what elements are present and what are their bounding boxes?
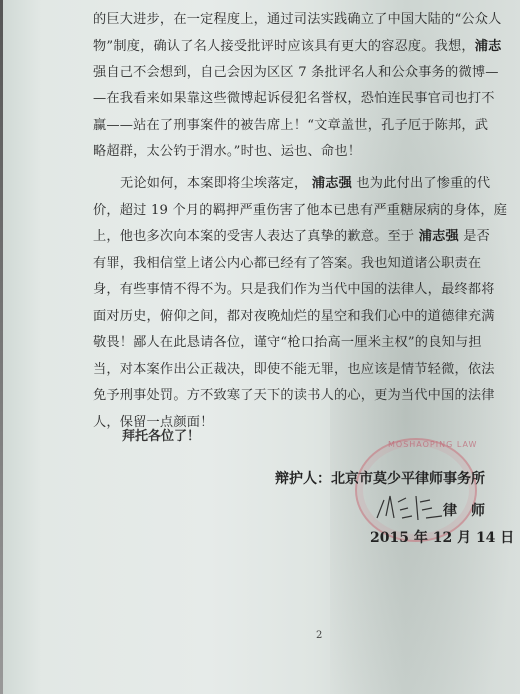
name-bold: 浦志强 bbox=[419, 229, 459, 244]
text-line: 免予刑事处罚。方不致寒了天下的读书人的心，更为当代中国的法律 bbox=[93, 387, 495, 405]
text-line: 身，有些事情不得不为。只是我们作为当代中国的法律人，最终都将 bbox=[93, 281, 495, 299]
text-line: 无论如何，本案即将尘埃落定， 浦志强 也为此付出了惨重的代 bbox=[120, 175, 490, 193]
text-line: 略超群，太公钓于渭水。”时也、运也、命也！ bbox=[93, 143, 361, 161]
seal-stamp-text: MOSHAOPING LAW bbox=[388, 440, 477, 449]
text-line: 上，他也多次向本案的受害人表达了真挚的歉意。至于 浦志强 是否 bbox=[93, 228, 490, 246]
text-line: 价，超过 19 个月的羁押严重伤害了他本已患有严重糖尿病的身体，庭 bbox=[93, 202, 507, 220]
text-line: 面对历史，俯仰之间，都对夜晚灿烂的星空和我们心中的道德律充满 bbox=[93, 308, 495, 326]
text-line: 强自己不会想到，自己会因为区区 7 条批评名人和公众事务的微博— bbox=[93, 64, 499, 82]
name-bold: 浦志强 bbox=[312, 176, 352, 191]
closing-line: 拜托各位了！ bbox=[122, 425, 200, 444]
text-line: 物”制度，确认了名人接受批评时应该具有更大的容忍度。我想，浦志 bbox=[93, 38, 502, 56]
page-number: 2 bbox=[316, 630, 322, 641]
text-line: 的巨大进步，在一定程度上，通过司法实践确立了中国大陆的“公众人 bbox=[93, 11, 502, 29]
lawyer-title: 律 师 bbox=[443, 500, 485, 520]
text-line: 有罪，我相信堂上诸公内心都已经有了答案。我也知道诸公职责在 bbox=[93, 255, 481, 273]
text-line: 赢——站在了刑事案件的被告席上！“文章盖世，孔子厄于陈邦，武 bbox=[93, 117, 488, 135]
defender-label: 辩护人：北京市莫少平律师事务所 bbox=[275, 468, 485, 488]
text-line: 当，对本案作出公正裁决，即使不能无罪，也应该是情节轻微，依法 bbox=[93, 361, 495, 379]
signature-date: 2015 年 12 月 14 日 bbox=[370, 527, 514, 547]
document-page: 的巨大进步，在一定程度上，通过司法实践确立了中国大陆的“公众人 物”制度，确认了… bbox=[0, 0, 520, 694]
name-bold: 浦志 bbox=[475, 39, 502, 54]
text-line: —在我看来如果靠这些微博起诉侵犯名誉权，恐怕连民事官司也打不 bbox=[93, 90, 495, 108]
text-line: 敬畏！鄙人在此恳请各位，谨守“枪口抬高一厘米主权”的良知与担 bbox=[93, 334, 482, 352]
